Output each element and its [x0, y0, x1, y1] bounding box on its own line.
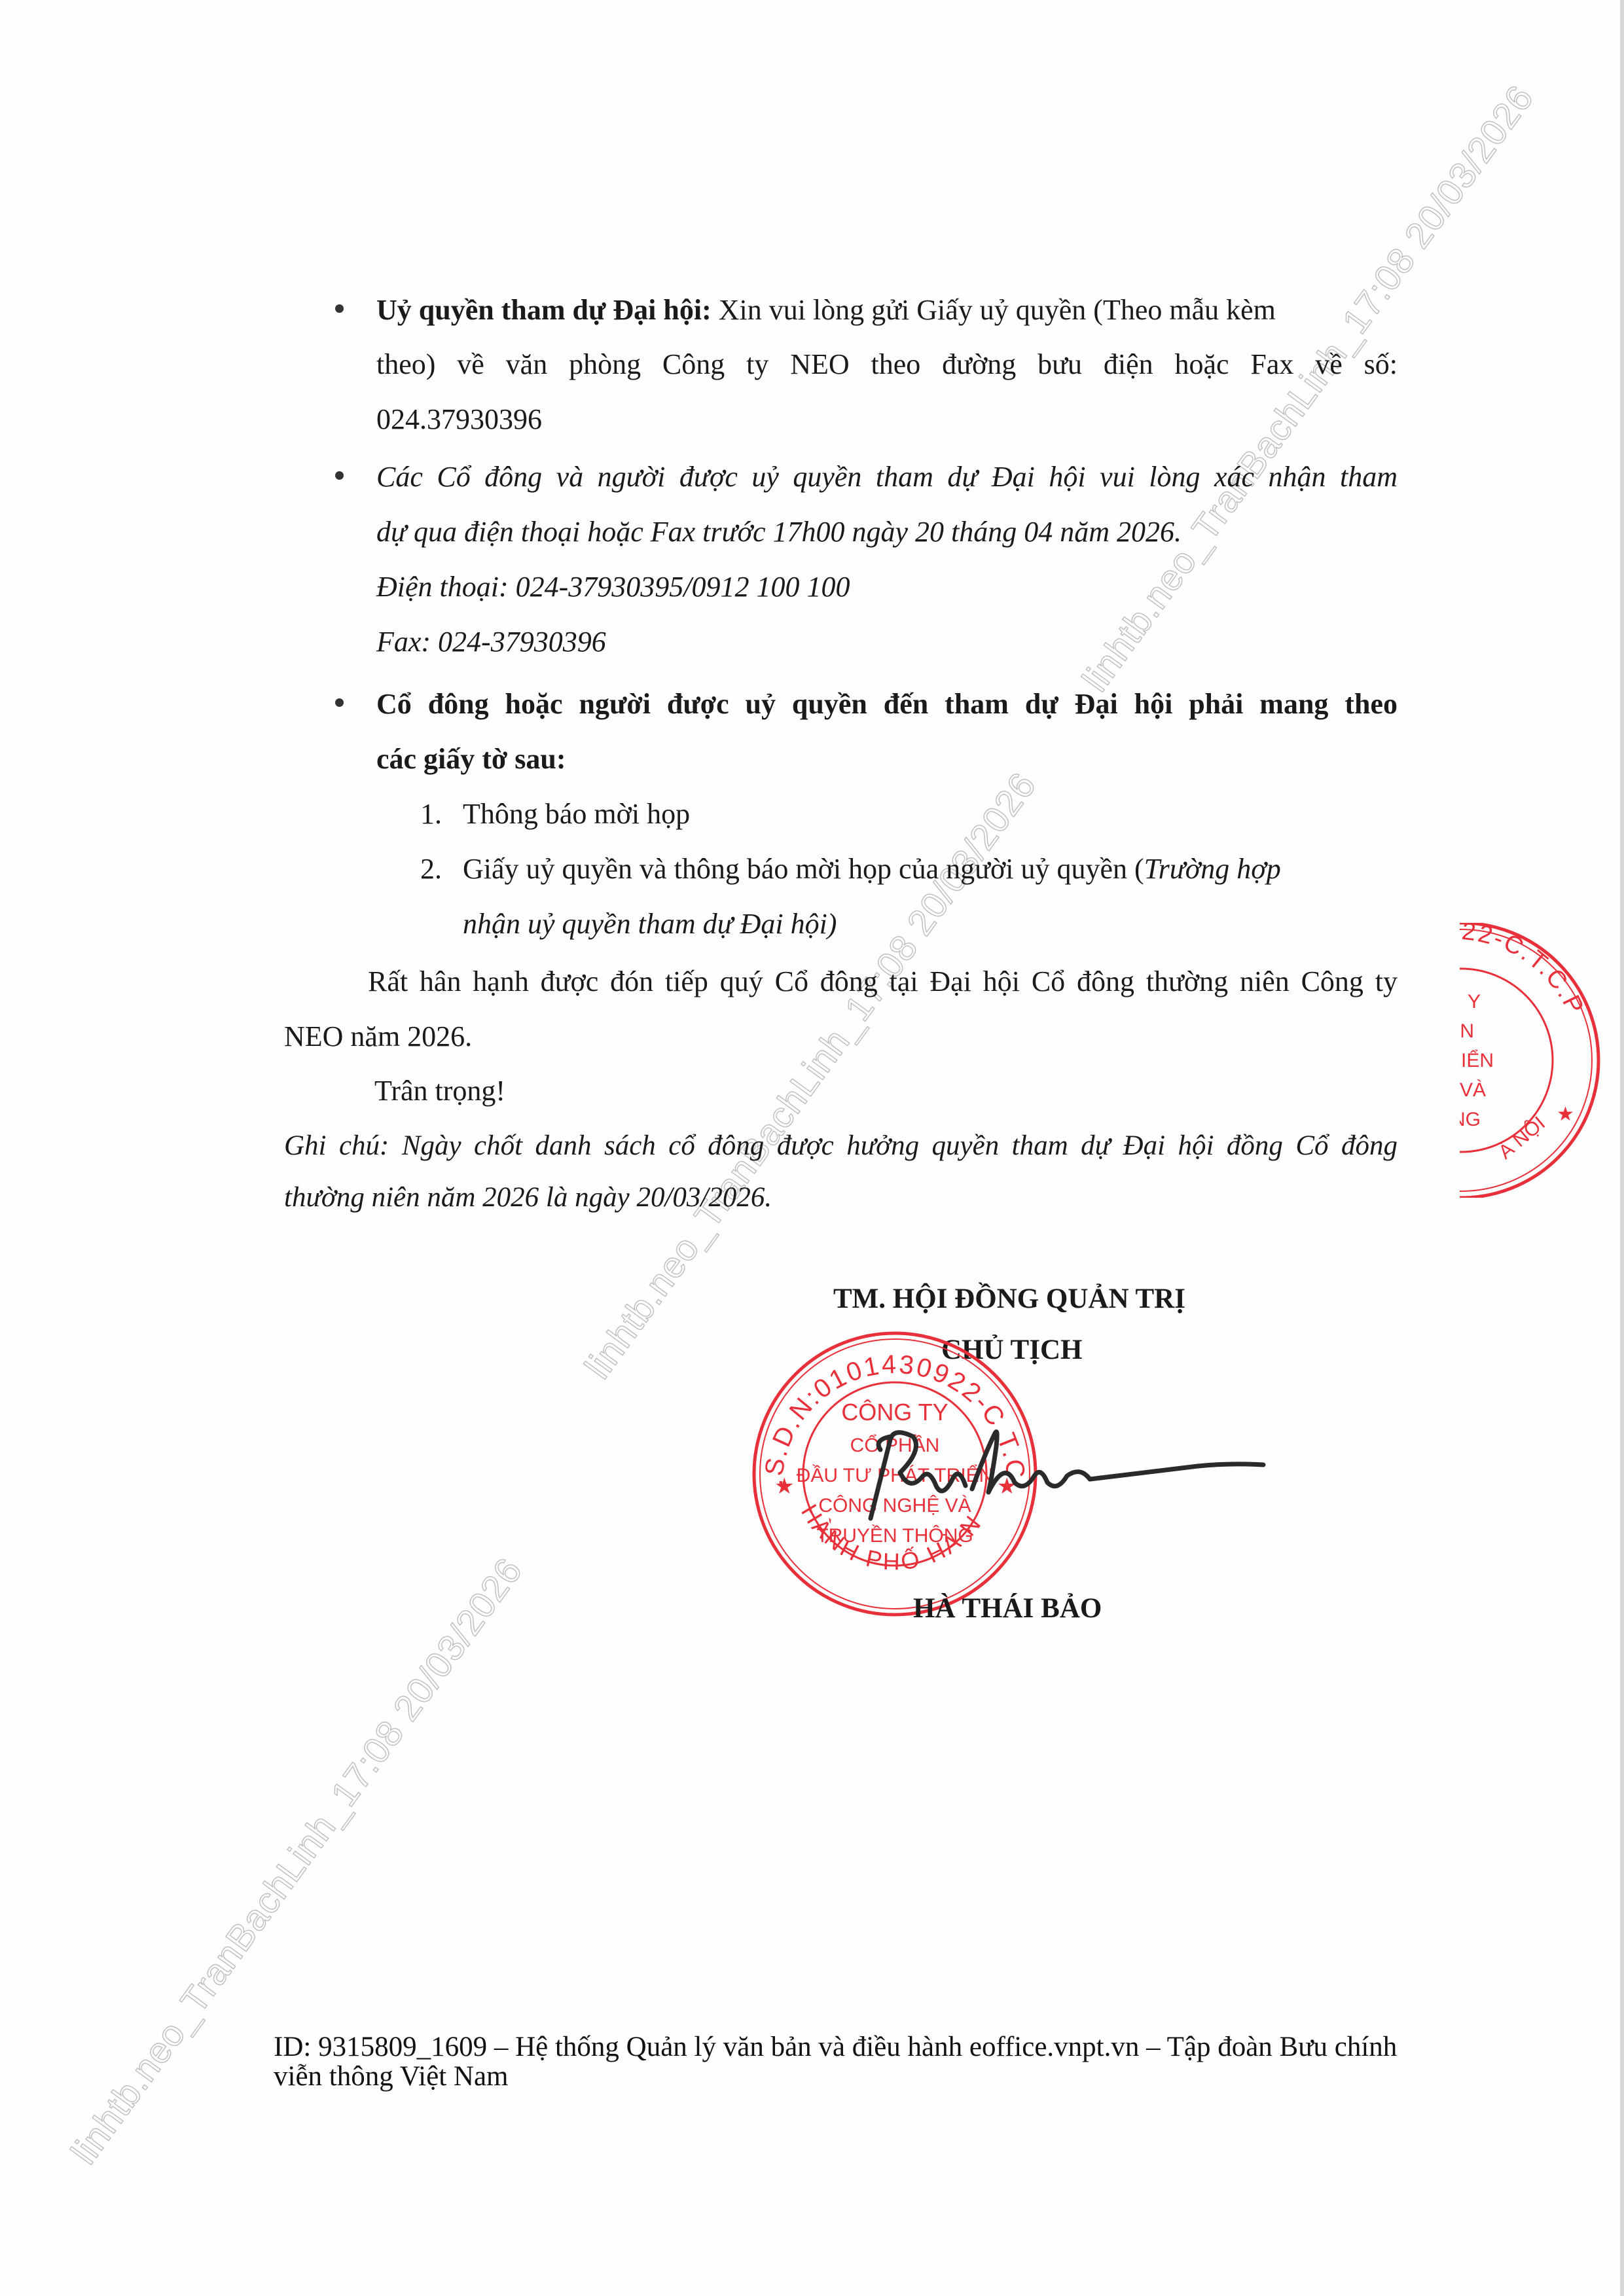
- bullet-1-line-2: theo) về văn phòng Công ty NEO theo đườn…: [376, 350, 1398, 379]
- list-item-2-italic: Trường hợp: [1144, 853, 1281, 885]
- svg-text:À NỘI: À NỘI: [1494, 1112, 1549, 1164]
- bullet-icon: [335, 304, 344, 313]
- note-line-1: Ghi chú: Ngày chốt danh sách cổ đông đượ…: [284, 1132, 1398, 1160]
- svg-text:★: ★: [774, 1473, 794, 1499]
- footer-line-2: viễn thông Việt Nam: [274, 2062, 509, 2091]
- footer-line-1: ID: 9315809_1609 – Hệ thống Quản lý văn …: [274, 2032, 1397, 2062]
- bullet-2-fax: Fax: 024-37930396: [376, 628, 606, 656]
- bullet-2-line-2: dự qua điện thoại hoặc Fax trước 17h00 n…: [376, 518, 1182, 547]
- scan-edge: [1620, 0, 1624, 2296]
- bullet-2-phone: Điện thoại: 024-37930395/0912 100 100: [376, 573, 850, 601]
- svg-text:★: ★: [1557, 1103, 1574, 1126]
- list-item-2-text: Giấy uỷ quyền và thông báo mời họp của n…: [463, 855, 1398, 884]
- handwritten-signature: [844, 1420, 1276, 1545]
- partial-seal-icon: 22-C.T.C.P ★ Y N TRIỂN VÀ ÔNG À NỘI: [1460, 923, 1610, 1198]
- bullet-2-line-1: Các Cổ đông và người được uỷ quyền tham …: [376, 463, 1398, 492]
- edge-seal-fragment: 22-C.T.C.P ★ Y N TRIỂN VÀ ÔNG À NỘI: [1460, 923, 1620, 1198]
- svg-text:TRIỂN: TRIỂN: [1460, 1049, 1494, 1071]
- bullet-icon: [335, 698, 344, 707]
- bullet-1-heading: Uỷ quyền tham dự Đại hội:: [376, 294, 712, 326]
- list-item-1-text: Thông báo mời họp: [463, 800, 690, 829]
- closing-line-1: Rất hân hạnh được đón tiếp quý Cổ đông t…: [326, 967, 1398, 996]
- bullet-1-text: Xin vui lòng gửi Giấy uỷ quyền (Theo mẫu…: [712, 294, 1276, 326]
- closing-line-2: NEO năm 2026.: [284, 1022, 472, 1051]
- watermark: linhtb.neo_TranBachLinh_17:08 20/03/2026: [1074, 77, 1542, 700]
- list-item-2-number: 2.: [420, 855, 442, 884]
- bullet-3-line-1: Cổ đông hoặc người được uỷ quyền đến tha…: [376, 690, 1398, 719]
- svg-text:ÔNG: ÔNG: [1460, 1108, 1481, 1130]
- svg-text:N: N: [1460, 1020, 1474, 1042]
- note-line-2: thường niên năm 2026 là ngày 20/03/2026.: [284, 1183, 772, 1211]
- list-item-2-main: Giấy uỷ quyền và thông báo mời họp của n…: [463, 853, 1144, 885]
- signature-on-behalf: TM. HỘI ĐỒNG QUẢN TRỊ: [833, 1283, 1185, 1315]
- svg-text:VÀ: VÀ: [1460, 1079, 1486, 1101]
- document-page: linhtb.neo_TranBachLinh_17:08 20/03/2026…: [0, 0, 1624, 2296]
- bullet-1-line-1: Uỷ quyền tham dự Đại hội: Xin vui lòng g…: [376, 296, 1398, 325]
- signer-name: HÀ THÁI BẢO: [913, 1592, 1102, 1624]
- list-item-2-line-2: nhận uỷ quyền tham dự Đại hội): [463, 910, 837, 939]
- bullet-1-line-3: 024.37930396: [376, 405, 542, 434]
- regards: Trân trọng!: [374, 1077, 505, 1105]
- bullet-3-line-2: các giấy tờ sau:: [376, 745, 566, 774]
- bullet-icon: [335, 471, 344, 480]
- list-item-1-number: 1.: [420, 800, 442, 829]
- svg-text:Y: Y: [1468, 991, 1481, 1013]
